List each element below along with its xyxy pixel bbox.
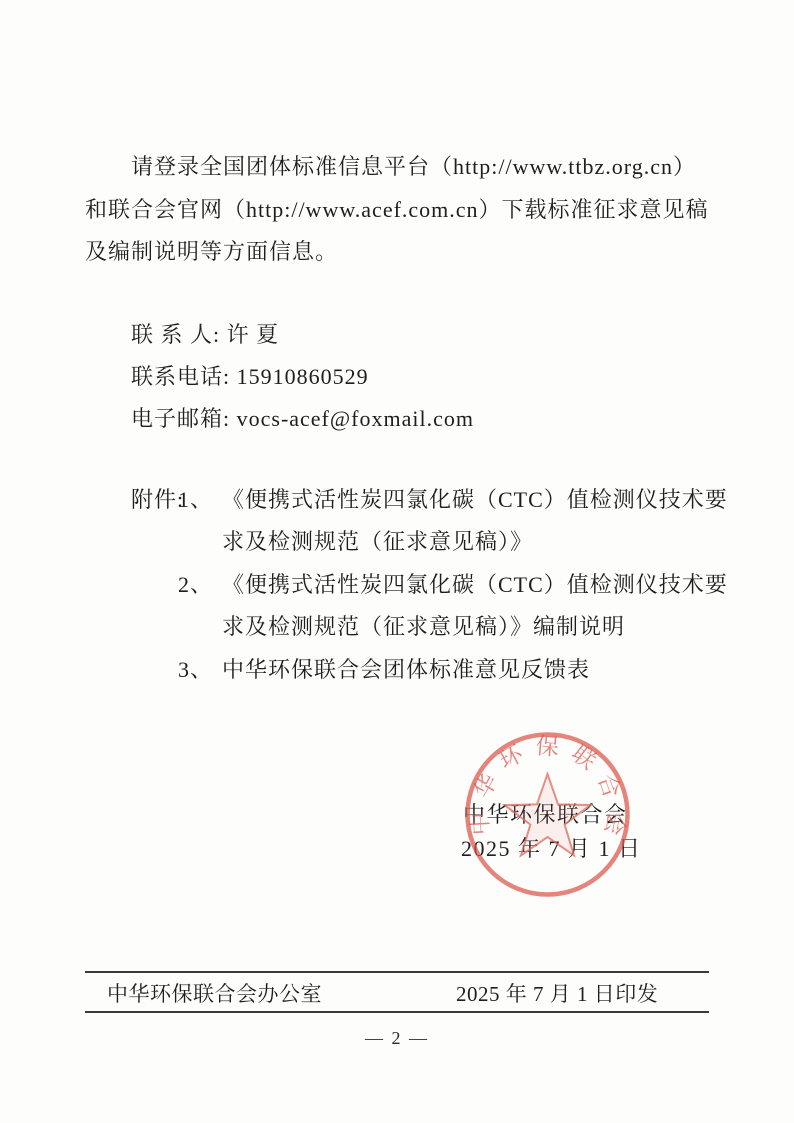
document-page: 请登录全国团体标准信息平台（http://www.ttbz.org.cn） 和联…: [0, 0, 794, 1123]
intro-line-2: 和联合会官网（http://www.acef.com.cn）下载标准征求意见稿: [85, 197, 709, 223]
attachment-item-1-number: 1、: [178, 487, 222, 513]
attachments-label: 附件:: [131, 487, 178, 513]
attachment-item-2-line-2: 求及检测规范（征求意见稿）》编制说明: [222, 614, 625, 640]
seal-arc-text: 中华环保联合会: [467, 734, 630, 849]
contact-phone: 联系电话: 15910860529: [131, 364, 369, 390]
footer-rule-top: [85, 971, 709, 973]
signature-org: 中华环保联合会: [463, 802, 628, 828]
attachment-item-3-line-1: 3、中华环保联合会团体标准意见反馈表: [178, 657, 590, 683]
attachment-item-2-line-1: 2、《便携式活性炭四氯化碳（CTC）值检测仪技术要: [178, 572, 728, 598]
intro-line-3: 及编制说明等方面信息。: [85, 239, 338, 265]
footer-office: 中华环保联合会办公室: [107, 981, 322, 1007]
footer-issue-date: 2025 年 7 月 1 日印发: [456, 981, 658, 1007]
attachment-item-2-text: 《便携式活性炭四氯化碳（CTC）值检测仪技术要: [222, 572, 728, 597]
attachment-item-3-text: 中华环保联合会团体标准意见反馈表: [222, 657, 590, 682]
signature-date: 2025 年 7 月 1 日: [461, 836, 642, 862]
contact-email: 电子邮箱: vocs-acef@foxmail.com: [131, 406, 474, 432]
footer-rule-bottom: [85, 1011, 709, 1013]
page-number: — 2 —: [0, 1028, 794, 1049]
attachment-item-1-line-1: 附件:1、《便携式活性炭四氯化碳（CTC）值检测仪技术要: [131, 487, 728, 513]
contact-person: 联 系 人: 许 夏: [131, 322, 279, 348]
attachment-item-3-number: 3、: [178, 657, 222, 683]
intro-line-1: 请登录全国团体标准信息平台（http://www.ttbz.org.cn）: [131, 154, 696, 180]
attachment-item-1-line-2: 求及检测规范（征求意见稿）》: [222, 529, 533, 555]
attachment-item-1-text: 《便携式活性炭四氯化碳（CTC）值检测仪技术要: [222, 487, 728, 512]
attachment-item-2-number: 2、: [178, 572, 222, 598]
